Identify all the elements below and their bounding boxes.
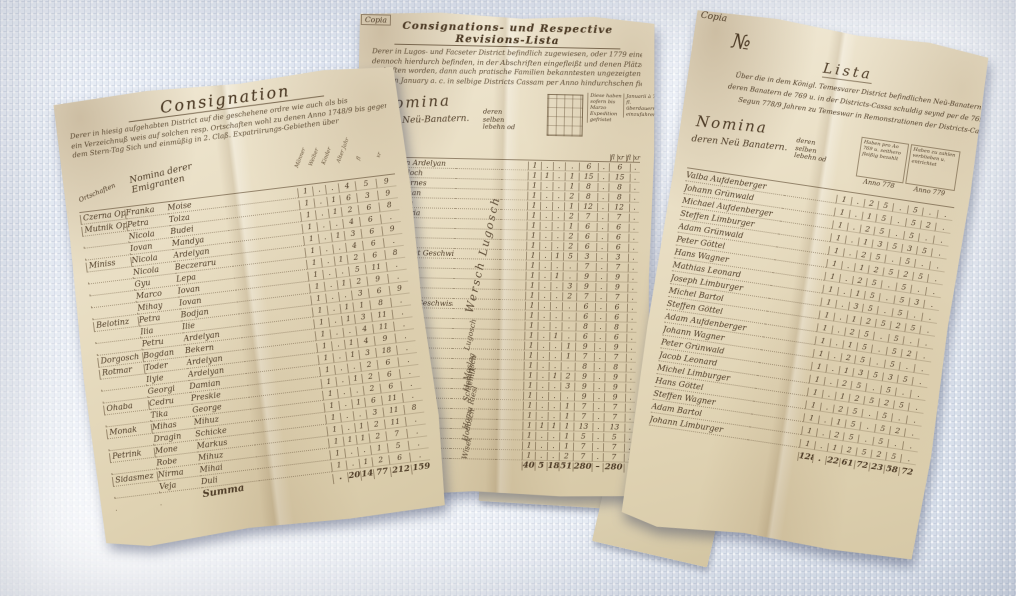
cell-n3: 1 — [564, 182, 578, 192]
cell-n0: 1 — [524, 351, 537, 361]
cell-n5: . — [592, 452, 603, 462]
cell-n6: 5 — [912, 271, 928, 283]
cell-n6: 5 — [893, 400, 909, 412]
cell-n0: 1 — [524, 341, 537, 351]
cell-n6: 5 — [904, 323, 920, 335]
cell-n1: . — [340, 411, 354, 422]
cell-n4: . — [878, 293, 894, 305]
cell-n1: . — [538, 271, 550, 281]
cell-n2: . — [549, 342, 561, 352]
cell-n1: . — [319, 245, 333, 256]
cell-n5: 5 — [895, 282, 911, 294]
cell-n6: 7 — [607, 263, 628, 273]
cell-n3: 3 — [871, 239, 887, 251]
cell-n3: . — [562, 312, 576, 322]
cell-n3: 3 — [560, 382, 574, 392]
group-spacer — [496, 470, 522, 471]
cell-n0: 1 — [803, 413, 819, 425]
cell-n2: 1 — [358, 457, 372, 468]
cell-n0: 1 — [526, 241, 539, 251]
cell-n7: . — [625, 403, 635, 413]
cell-n5: 3 — [882, 372, 898, 384]
cell-n4: . — [873, 331, 889, 343]
cell-n2: . — [551, 242, 563, 252]
leader-dots — [746, 453, 797, 461]
cell-n7: . — [629, 213, 639, 223]
cell-n1: . — [540, 201, 552, 211]
cell-n2: 1 — [339, 303, 353, 314]
cell-n1: . — [328, 316, 342, 327]
cell-n2: . — [552, 212, 564, 222]
cell-n3: 2 — [562, 292, 576, 302]
cell-n5: 5 — [880, 385, 896, 397]
cell-n2: 2 — [856, 250, 871, 261]
cell-n3: . — [563, 262, 577, 272]
cell-n3: 5 — [854, 355, 870, 367]
cell-n3: . — [561, 322, 575, 332]
cell-n0: 1 — [526, 231, 539, 241]
cell-n6: 5 — [897, 374, 913, 386]
cell-n1: . — [540, 221, 552, 231]
cell-n0: 1 — [525, 311, 538, 321]
cell-n6: 5 — [885, 451, 901, 463]
cell-n0: 1 — [527, 191, 540, 201]
cell-n0: 1 — [312, 306, 328, 317]
cell-n0: 1 — [524, 331, 537, 341]
cell-n0: 1 — [824, 271, 840, 283]
cell-n4: 7 — [576, 292, 595, 302]
cell-n6: 6 — [607, 243, 628, 253]
cell-n2: 1 — [326, 195, 340, 206]
cell-n5: . — [597, 182, 608, 192]
cell-n1: . — [539, 251, 551, 261]
cell-n6: . — [918, 233, 934, 245]
cell-n4: . — [892, 203, 908, 215]
cell-n6: 9 — [604, 393, 625, 403]
total-value: 77 — [373, 467, 391, 479]
cell-n6: 5 — [916, 246, 932, 258]
cell-n4: 6 — [575, 332, 594, 342]
paid-column-header: Haben pro Ao 769 u. seithero fleißig bez… — [856, 137, 909, 184]
cell-n1: . — [537, 341, 549, 351]
cell-n0: 1 — [325, 413, 341, 424]
cell-n3: 2 — [564, 192, 578, 202]
cell-n0: 1 — [316, 341, 332, 352]
cell-n0: 1 — [522, 441, 535, 451]
cell-n0: 1 — [523, 401, 536, 411]
total-value: 58 — [883, 464, 899, 476]
unit-fl: fl — [610, 154, 615, 161]
cell-n4: 13 — [573, 422, 592, 432]
cell-n6: 6 — [609, 163, 630, 173]
cell-n2: 1 — [550, 272, 562, 282]
cell-n2: . — [548, 381, 560, 391]
cell-n1: 1 — [343, 435, 357, 446]
cell-n2: 1 — [354, 422, 368, 433]
unit-fl: fl — [626, 155, 631, 162]
cell-n3: . — [565, 162, 579, 172]
cell-n3: 2 — [560, 372, 574, 382]
total-value: 23 — [868, 462, 884, 474]
cell-n0: 1 — [828, 246, 844, 258]
cell-n6: 7 — [608, 213, 629, 223]
cell-n2: . — [552, 192, 564, 202]
cell-n4: 8 — [575, 322, 594, 332]
cell-n1: . — [535, 451, 547, 461]
cell-n1: . — [325, 292, 339, 303]
cell-n0: 1 — [322, 389, 338, 400]
cell-n4: 7 — [575, 352, 594, 362]
cell-n0: 1 — [313, 318, 329, 329]
cell-n3: 1 — [564, 202, 578, 212]
cell-n0: 1 — [822, 284, 838, 296]
cell-n5: . — [597, 192, 608, 202]
cell-n6: 6 — [606, 313, 627, 323]
right-doc-title: Lista — [822, 61, 874, 84]
cell-n4: 5 — [855, 447, 871, 459]
cell-n1: . — [538, 291, 550, 301]
currency-unit-row: fl xr fl xr — [610, 154, 640, 162]
cell-n3: 3 — [351, 289, 369, 301]
cell-n5: . — [597, 222, 608, 232]
cell-n0: 1 — [805, 400, 821, 412]
cell-n7: . — [627, 313, 637, 323]
cell-n0: 1 — [320, 377, 336, 388]
cell-n5: . — [593, 402, 604, 412]
cell-n3: 1 — [564, 222, 578, 232]
total-value: – — [591, 462, 602, 472]
cell-n6: 9 — [606, 273, 627, 283]
cell-n7: . — [630, 163, 640, 173]
cell-n1: . — [346, 459, 360, 470]
cell-n2: 1 — [328, 207, 342, 218]
total-value: 61 — [839, 458, 855, 470]
total-value: 72 — [898, 466, 915, 478]
cell-n2: 1 — [857, 237, 872, 248]
cell-n4: . — [871, 344, 887, 356]
cell-n1: . — [329, 328, 343, 339]
cell-n0: 1 — [527, 211, 540, 221]
cell-n7: . — [628, 253, 638, 263]
cell-n0: 1 — [528, 171, 541, 181]
cell-n0: 1 — [816, 323, 832, 335]
cell-n4: . — [865, 383, 881, 395]
cell-n0: 1 — [309, 282, 325, 293]
left-table: Czerna OppaFrankaMoise1..459Mutnik OppaP… — [79, 174, 430, 499]
cell-n3: 3 — [852, 368, 868, 380]
cell-n1: . — [344, 447, 358, 458]
cell-n0: 1 — [310, 294, 326, 305]
cell-n5: 5 — [872, 436, 888, 448]
cell-n5: 3 — [901, 243, 917, 255]
cell-n0: 1 — [522, 431, 535, 441]
cell-n7: . — [630, 173, 640, 183]
cell-n6: 7 — [604, 403, 625, 413]
cell-n1: . — [540, 191, 552, 201]
cell-n2: . — [552, 182, 564, 192]
cell-n2: . — [553, 172, 565, 182]
cell-n0: 1 — [317, 353, 333, 364]
cell-n6: 7 — [603, 443, 624, 453]
cell-n2: 1 — [341, 314, 355, 325]
cell-n5: . — [595, 282, 606, 292]
cell-n2: . — [551, 232, 563, 242]
cell-n5: 5 — [891, 308, 907, 320]
cell-n4: 6 — [579, 162, 598, 172]
cell-n3: 5 — [844, 419, 860, 431]
nomina-column-header: Nomina derer Emigranten — [128, 149, 249, 195]
cell-n6: 8 — [605, 323, 626, 333]
cell-n0: 1 — [525, 291, 538, 301]
cell-n5: . — [592, 442, 603, 452]
cell-n4: . — [890, 215, 906, 227]
cell-n3: 1 — [565, 172, 579, 182]
cell-n0: 1 — [319, 365, 335, 376]
cell-n1: . — [334, 364, 348, 375]
document-right: Copia № Lista Über die in dem Königl. Te… — [618, 7, 992, 566]
cell-n3: 2 — [367, 420, 385, 432]
cell-n7: . — [629, 193, 639, 203]
cell-n3: 2 — [341, 205, 359, 217]
cell-n4: 6 — [577, 232, 596, 242]
cell-n0: 1 — [524, 321, 537, 331]
cell-n4: 9 — [574, 382, 593, 392]
cell-n2: 1 — [337, 279, 351, 290]
cell-n0: 1 — [306, 258, 322, 269]
cell-n4: 3 — [577, 252, 596, 262]
cell-n6: 7 — [605, 353, 626, 363]
totals-spacer — [116, 504, 162, 511]
cell-n7: . — [628, 263, 638, 273]
cell-n2: 2 — [859, 224, 874, 235]
cell-n3: 1 — [560, 402, 574, 412]
cell-n0: 1 — [524, 361, 537, 371]
cell-n1: . — [536, 371, 548, 381]
cell-n0: 1 — [826, 258, 842, 270]
cell-n2: . — [550, 292, 562, 302]
cell-n5: 5 — [903, 231, 919, 243]
unit-xr: xr — [617, 154, 624, 161]
cell-n6: . — [887, 438, 903, 450]
middle-intro-paragraph: Derer in Lugos- und Facseter District be… — [372, 47, 643, 89]
cell-n2: 1 — [850, 288, 865, 299]
cell-n3: . — [560, 392, 574, 402]
cell-n3: . — [561, 332, 575, 342]
cell-n4: . — [857, 434, 873, 446]
cell-n3: 2 — [563, 232, 577, 242]
cell-n1: . — [337, 387, 351, 398]
cell-n3: 2 — [848, 393, 864, 405]
cell-n3: 5 — [877, 200, 893, 212]
cell-n0: 1 — [832, 220, 848, 232]
cell-n2: . — [338, 291, 352, 302]
cell-n4: 7 — [577, 262, 596, 272]
cell-n4: 5 — [573, 432, 592, 442]
cell-n5: . — [596, 262, 607, 272]
cell-n4: 7 — [573, 452, 592, 462]
document-left: Consignation Derer in hiesig aufgehabten… — [50, 60, 450, 551]
cell-n4: . — [888, 228, 904, 240]
cell-n2: . — [552, 222, 564, 232]
cell-n4: 7 — [574, 412, 593, 422]
cell-n6: . — [895, 387, 911, 399]
cell-n1: . — [338, 399, 352, 410]
total-value: . — [332, 472, 348, 483]
cell-n0: 1 — [526, 251, 539, 261]
cell-n0: 1 — [818, 310, 834, 322]
cell-n5: . — [597, 212, 608, 222]
cell-n6: . — [906, 310, 922, 322]
cell-n4: 5 — [863, 395, 879, 407]
cell-n7: . — [626, 353, 636, 363]
cell-n0: 1 — [523, 391, 536, 401]
cell-n6: 9 — [606, 283, 627, 293]
cell-n2: . — [553, 162, 565, 172]
cell-n4: 7 — [578, 212, 597, 222]
cell-n6: 9 — [605, 343, 626, 353]
cell-n6: 6 — [607, 233, 628, 243]
cell-n6: 9 — [604, 373, 625, 383]
cell-n5: 5 — [905, 218, 921, 230]
cell-n0: 1 — [525, 271, 538, 281]
cell-n4: 7 — [573, 442, 592, 452]
cell-n2: 1 — [861, 211, 876, 222]
cell-n5: . — [594, 342, 605, 352]
cell-n2: 1 — [547, 421, 559, 431]
cell-n5: 2 — [870, 449, 886, 461]
cell-n5: 5 — [888, 333, 904, 345]
cell-n2: . — [357, 445, 371, 456]
cell-n4: . — [869, 357, 885, 369]
cell-n5: . — [594, 322, 605, 332]
cell-n4: . — [861, 408, 877, 420]
cell-n1: . — [538, 281, 550, 291]
photo-scene: Copia Consignations- und Respective Revi… — [0, 0, 1016, 596]
cell-n2: 1 — [331, 231, 345, 242]
unit-xr: xr — [633, 155, 640, 162]
cell-n4: 5 — [886, 241, 902, 253]
cell-n3: 2 — [563, 242, 577, 252]
cell-n5: . — [594, 352, 605, 362]
cell-n3: 5 — [842, 432, 858, 444]
cell-n5: . — [593, 372, 604, 382]
cell-n4: 8 — [578, 192, 597, 202]
cell-n3: 5 — [875, 213, 891, 225]
cell-n2: . — [550, 302, 562, 312]
cell-n3: 1 — [559, 442, 573, 452]
cell-n2: 1 — [854, 263, 869, 274]
total-value: 18 — [547, 461, 559, 471]
total-value: 212 — [390, 465, 412, 477]
cell-n1: . — [341, 423, 355, 434]
cell-n2: . — [329, 219, 343, 230]
cell-n3: 5 — [846, 406, 862, 418]
cell-n2: . — [350, 386, 364, 397]
middle-doc-title: Consignations- und Respective Revisions-… — [394, 20, 621, 50]
cell-n3: 2 — [564, 212, 578, 222]
cell-n0: 1 — [307, 270, 323, 281]
middle-corner-label: Copia — [361, 14, 391, 26]
total-value: 128 — [797, 451, 813, 463]
cell-n7: . — [628, 243, 638, 253]
cell-n0: 1 — [528, 161, 541, 171]
cell-n1: . — [537, 351, 549, 361]
cell-n3: 5 — [858, 329, 874, 341]
cell-n5: . — [598, 162, 609, 172]
cell-n7: . — [626, 343, 636, 353]
cell-n6: . — [922, 207, 938, 219]
cell-n6: 6 — [605, 333, 626, 343]
cell-n1: . — [313, 197, 327, 208]
cell-n4: 6 — [576, 312, 595, 322]
cell-n0: 1 — [811, 361, 827, 373]
cell-n2: 1 — [548, 372, 560, 382]
cell-n6: 6 — [606, 303, 627, 313]
cell-n0: 1 — [300, 210, 316, 221]
cell-n3: 1 — [560, 412, 574, 422]
cell-n1: . — [321, 256, 335, 267]
cell-n2: . — [549, 362, 561, 372]
cell-n3: . — [561, 362, 575, 372]
cell-n4: 8 — [575, 362, 594, 372]
total-value: 40 — [522, 461, 535, 471]
cell-n2: 1 — [551, 252, 563, 262]
cell-n6: . — [910, 284, 926, 296]
cell-n3: 5 — [563, 252, 577, 262]
cell-n2: 1 — [348, 374, 362, 385]
cell-n1: . — [312, 185, 326, 196]
cell-n1: . — [331, 340, 345, 351]
cell-n3: 5 — [869, 252, 885, 264]
cell-n3: . — [562, 302, 576, 312]
cell-n3: 3 — [562, 282, 576, 292]
cell-n1: . — [332, 352, 346, 363]
cell-n7: . — [629, 223, 639, 233]
cell-n5: . — [595, 302, 606, 312]
cell-n2: 1 — [351, 398, 365, 409]
cell-n5: 5 — [884, 359, 900, 371]
cell-n0: 1 — [522, 451, 535, 461]
cell-n6: 3 — [607, 253, 628, 263]
cell-n7: . — [626, 363, 636, 373]
cell-n4: 9 — [574, 392, 593, 402]
cell-n2: 1 — [549, 332, 561, 342]
cell-n7: . — [627, 283, 637, 293]
cell-n4: 6 — [578, 222, 597, 232]
total-value: 72 — [853, 460, 869, 472]
cell-n0: 1 — [834, 207, 850, 219]
cell-n2: . — [549, 352, 561, 362]
cell-n0: 1 — [527, 181, 540, 191]
cell-n5: . — [592, 432, 603, 442]
cell-n3: 2 — [867, 265, 883, 277]
totals-spacer — [161, 499, 203, 505]
cell-n5: 5 — [876, 411, 892, 423]
leader-dots — [450, 469, 496, 470]
cell-n5: 2 — [889, 321, 905, 333]
total-value: 5 — [535, 461, 547, 471]
right-table: Valba Aufdenberger1.25.5..Johann Grünwal… — [649, 168, 954, 465]
cell-n4: 15 — [579, 172, 598, 182]
cell-n2: . — [552, 202, 564, 212]
cell-n5: 2 — [897, 269, 913, 281]
cell-n6: 6 — [608, 223, 629, 233]
cell-n5: . — [592, 422, 603, 432]
cell-n2: . — [550, 282, 562, 292]
cell-n3: 5 — [864, 290, 880, 302]
cell-n0: 1 — [301, 222, 317, 233]
cell-n2: . — [550, 312, 562, 322]
